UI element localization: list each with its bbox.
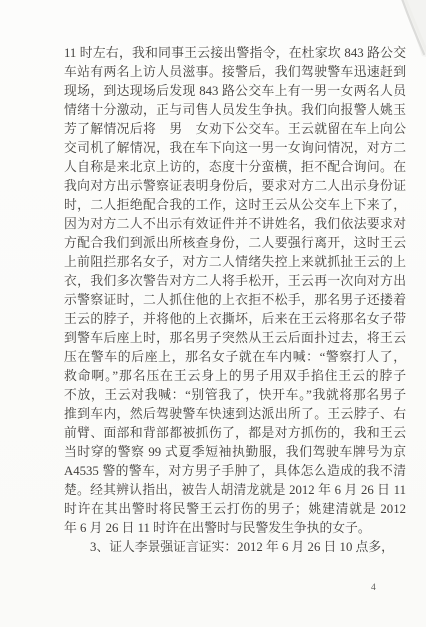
text-line: 时，二人拒绝配合我的工作，这时王云从公交车上下来了， xyxy=(64,196,406,215)
text-line: 交司机了解情况，我在车下向这一男一女询问情况，对方二 xyxy=(64,139,406,158)
scanned-page: 11 时左右，我和同事王云接出警指令，在杜家坎 843 路公交 车站有两名上访人… xyxy=(0,0,426,627)
text-line: 年 6 月 26 日 11 时许在出警时与民警发生争执的女子。 xyxy=(64,519,406,538)
page-number: 4 xyxy=(371,583,376,593)
text-line: 上前阻拦那名女子，对方二人情绪失控上来就抓扯王云的上 xyxy=(64,253,406,272)
text-line: 方配合我们到派出所核查身份，二人要强行离开，这时王云 xyxy=(64,234,406,253)
text-line: 推到车内，然后驾驶警车快速到达派出所了。王云脖子、右 xyxy=(64,405,406,424)
text-line: 救命啊。”那名压在王云身上的男子用双手掐住王云的脖子 xyxy=(64,367,406,386)
text-line: 不放，王云对我喊：“别管我了，快开车。”我就将那名男子 xyxy=(64,386,406,405)
text-line: 王云的脖子，并将他的上衣撕坏，后来在王云将那名女子带 xyxy=(64,310,406,329)
text-line: 芳了解情况后将 男 女劝下公交车。王云就留在车上向公 xyxy=(64,120,406,139)
text-line: 压在警车的后座上，那名女子就在车内喊：“警察打人了， xyxy=(64,348,406,367)
text-line: 现场，到达现场后发现 843 路公交车上有一男一女两名人员 xyxy=(64,82,406,101)
text-line: 当时穿的警察 99 式夏季短袖执勤服，我们驾驶车牌号为京 xyxy=(64,443,406,462)
text-line: 衣，我们多次警告对方二人将手松开，王云再一次向对方出 xyxy=(64,272,406,291)
text-line: 前臂、面部和背部都被抓伤了，都是对方抓伤的，我和王云 xyxy=(64,424,406,443)
text-line: 我向对方出示警察证表明身份后，要求对方二人出示身份证 xyxy=(64,177,406,196)
text-line: 人自称是来北京上访的，态度十分蛮横，拒不配合询问。在 xyxy=(64,158,406,177)
text-line: 楚。经其辨认指出，被告人胡清龙就是 2012 年 6 月 26 日 11 xyxy=(64,481,406,500)
text-line: 情绪十分激动，正与司售人员发生争执。我们向报警人姚玉 xyxy=(64,101,406,120)
text-line: 因为对方二人不出示有效证件并不讲姓名，我们依法要求对 xyxy=(64,215,406,234)
document-body: 11 时左右，我和同事王云接出警指令，在杜家坎 843 路公交 车站有两名上访人… xyxy=(64,44,406,557)
text-line: 示警察证时，二人抓住他的上衣拒不松手，那名男子还搂着 xyxy=(64,291,406,310)
text-line: 车站有两名上访人员滋事。接警后，我们驾驶警车迅速赶到 xyxy=(64,63,406,82)
text-line: A4535 警的警车，对方男子手肿了，具体怎么造成的我不清 xyxy=(64,462,406,481)
text-line: 到警车后座上时，那名男子突然从王云后面扑过去，将王云 xyxy=(64,329,406,348)
text-line: 11 时左右，我和同事王云接出警指令，在杜家坎 843 路公交 xyxy=(64,44,406,63)
text-line: 时许在其出警时将民警王云打伤的男子；姚建清就是 2012 xyxy=(64,500,406,519)
text-line: 3、证人李景强证言证实：2012 年 6 月 26 日 10 点多， xyxy=(64,538,406,557)
